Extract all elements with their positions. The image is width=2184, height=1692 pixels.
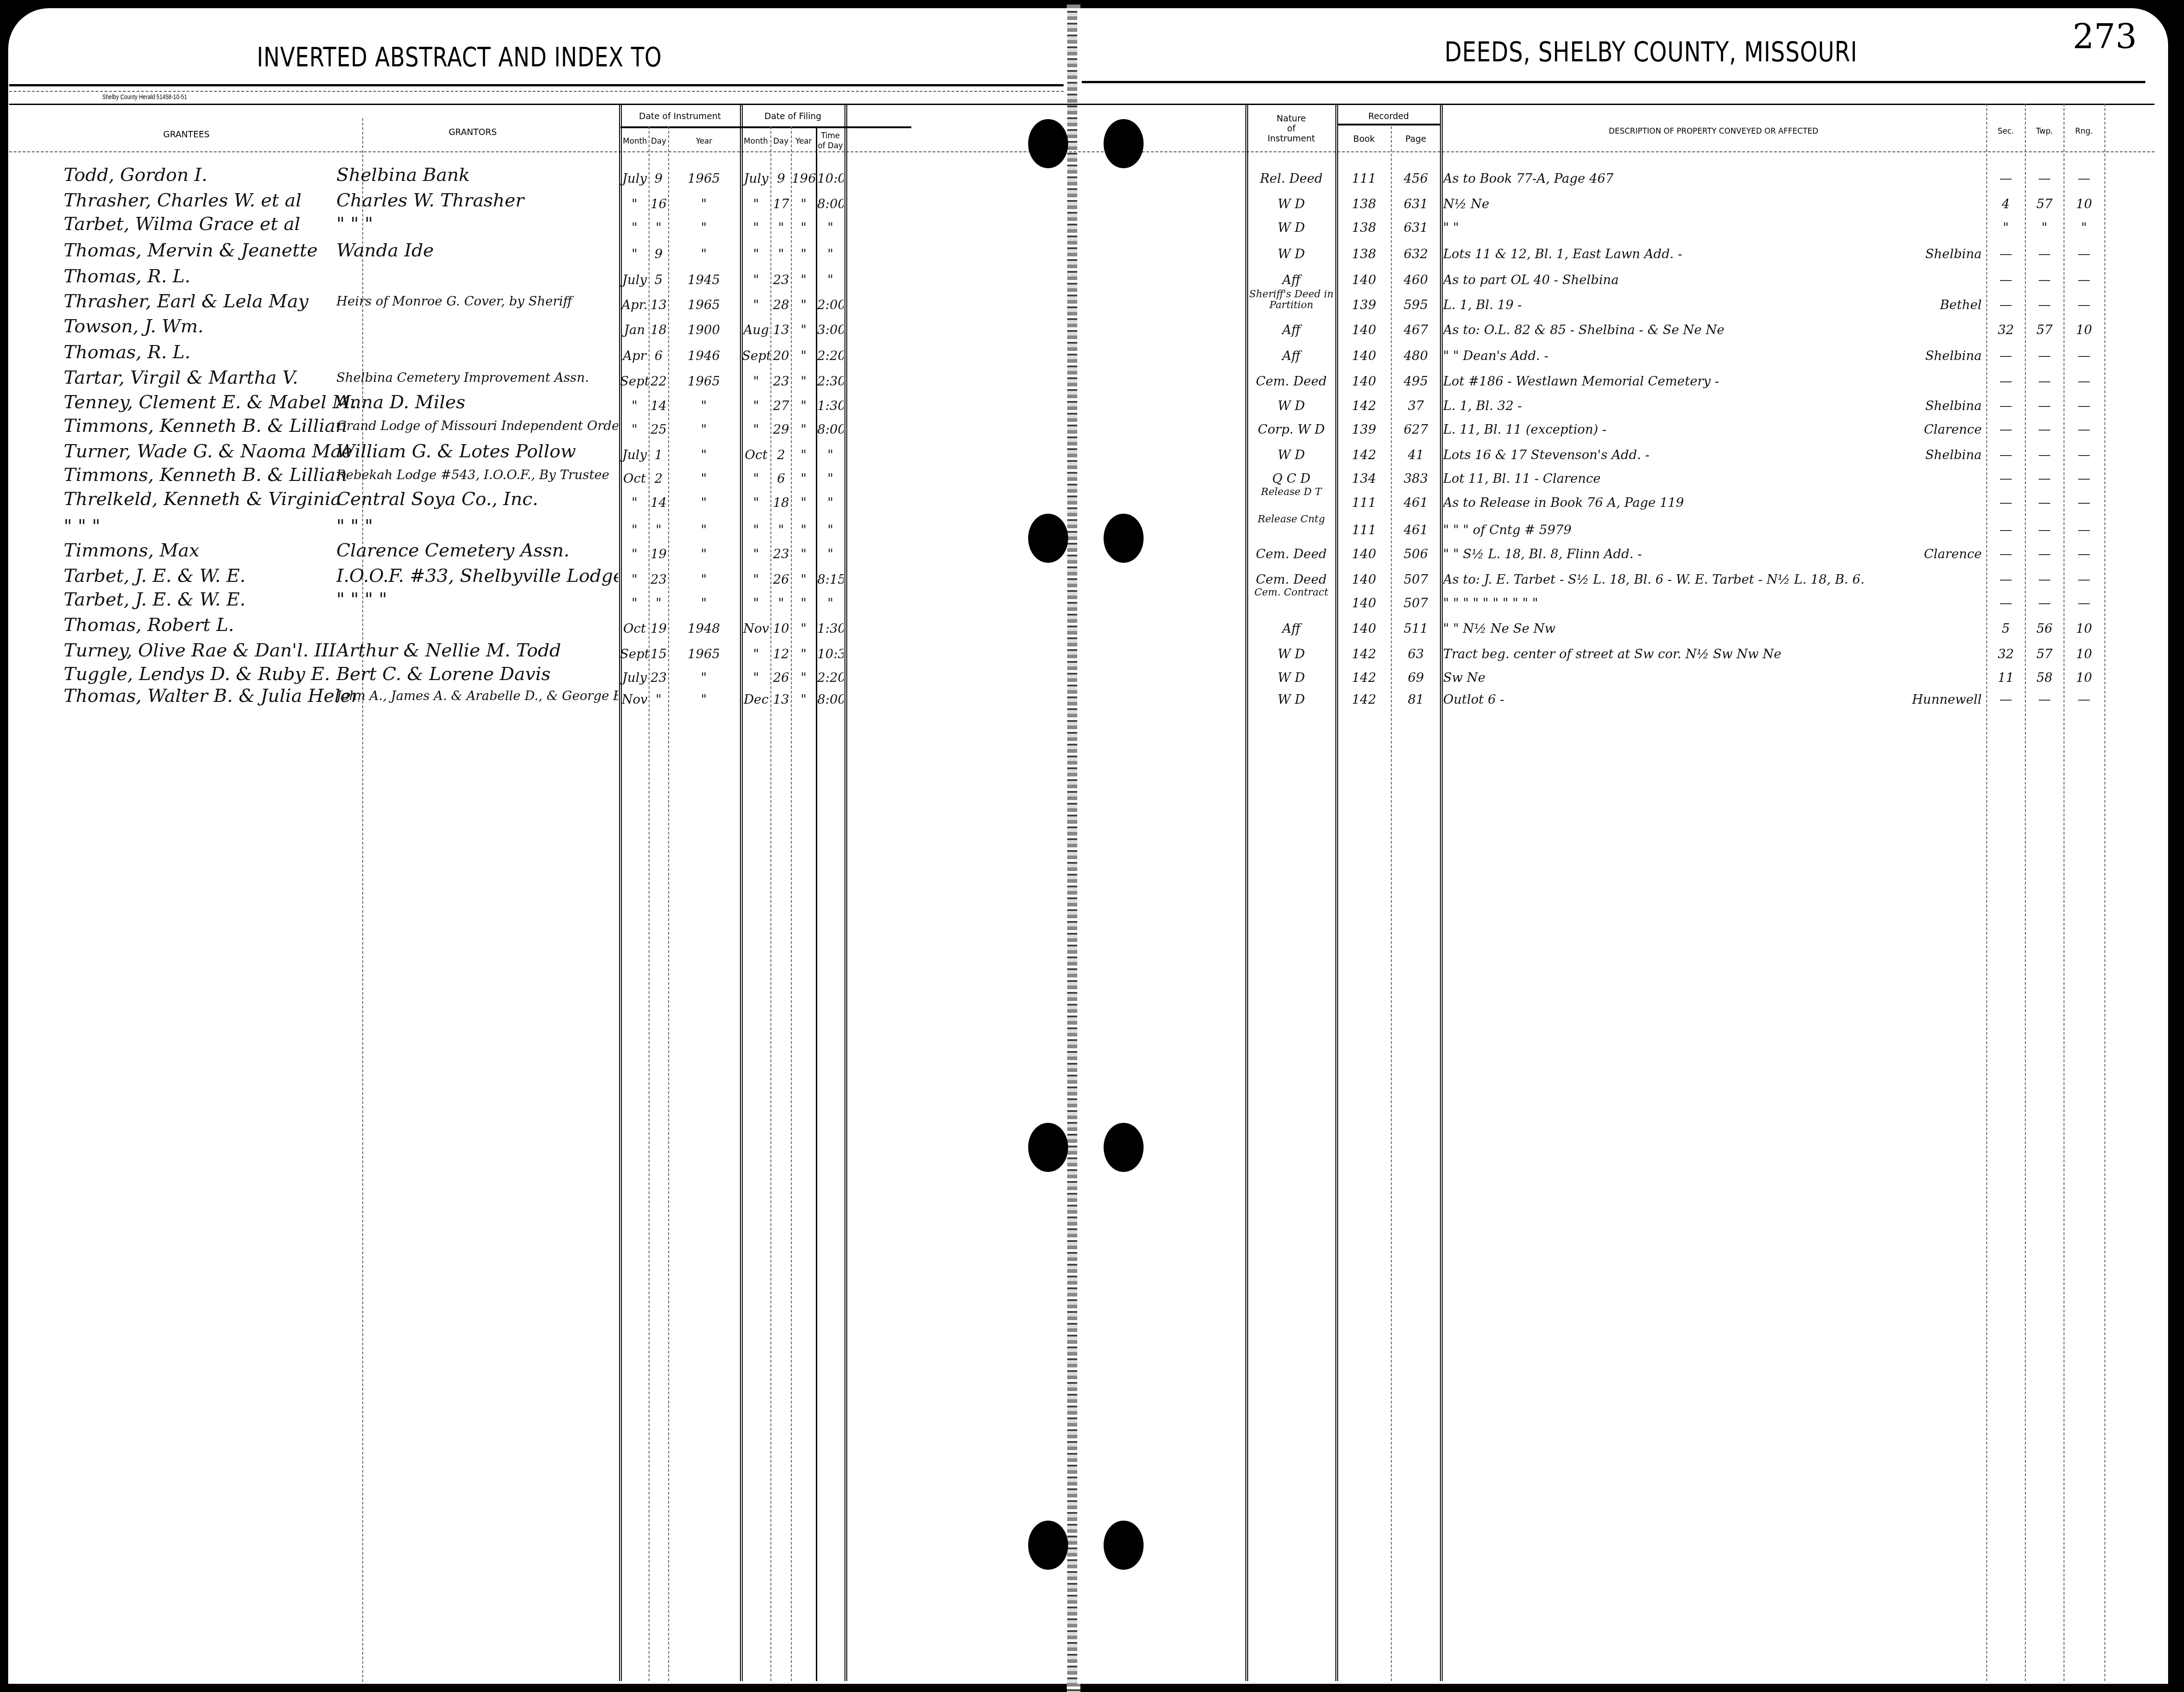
file-month-cell: " xyxy=(742,295,770,315)
file-year-cell: " xyxy=(792,194,815,215)
time-of-day-cell: 2:30 xyxy=(817,371,844,392)
sec-cell: — xyxy=(1987,520,2024,541)
grantor-cell: Shelbina Bank xyxy=(336,165,618,185)
inst-month-cell: July xyxy=(620,667,649,688)
inst-month-cell: July xyxy=(620,270,649,290)
file-year-cell: " xyxy=(792,569,815,590)
sec-cell: — xyxy=(1987,395,2024,416)
header-file-month: Month xyxy=(742,136,770,146)
inst-month-cell: " xyxy=(620,217,649,238)
book-cell: 139 xyxy=(1337,295,1391,315)
inst-year-cell: " xyxy=(668,395,740,416)
grantee-cell: Timmons, Max xyxy=(64,540,359,561)
file-month-cell: Aug xyxy=(742,320,770,340)
file-month-cell: " xyxy=(742,270,770,290)
time-of-day-cell: 2:20 xyxy=(817,667,844,688)
file-year-cell: " xyxy=(792,520,815,541)
inst-year-cell: " xyxy=(668,520,740,541)
book-cell: 140 xyxy=(1337,320,1391,340)
grantor-cell: Bert C. & Lorene Davis xyxy=(336,664,618,685)
book-cell: 142 xyxy=(1337,445,1391,466)
nature-of-instrument-cell: W D xyxy=(1247,395,1335,416)
inst-day-cell: 2 xyxy=(649,468,668,489)
inst-month-cell: Sept xyxy=(620,371,649,392)
page-cell: 37 xyxy=(1392,395,1440,416)
nature-of-instrument-cell: W D xyxy=(1247,644,1335,665)
file-month-cell: July xyxy=(742,168,770,189)
inst-month-cell: July xyxy=(620,445,649,466)
description-cell: Sw Ne xyxy=(1443,667,1898,688)
header-recorded: Recorded xyxy=(1337,111,1440,121)
file-day-cell: 9 xyxy=(771,168,791,189)
file-month-cell: Sept xyxy=(742,345,770,366)
grantee-cell: Thomas, Walter B. & Julia Helen xyxy=(64,686,359,706)
rng-cell: 10 xyxy=(2064,194,2104,215)
inst-month-cell: " xyxy=(620,569,649,590)
inst-day-cell: 23 xyxy=(649,667,668,688)
inst-month-cell: " xyxy=(620,593,649,614)
twp-cell: — xyxy=(2026,569,2063,590)
header-nature-line1: Nature xyxy=(1248,114,1335,124)
grantee-cell: Tarbet, Wilma Grace et al xyxy=(64,214,359,235)
rng-cell: — xyxy=(2064,544,2104,565)
book-cell: 140 xyxy=(1337,544,1391,565)
sec-cell: — xyxy=(1987,689,2024,710)
place-cell: Clarence xyxy=(1800,419,1982,440)
grantee-cell: Towson, J. Wm. xyxy=(64,316,359,337)
file-day-cell: 23 xyxy=(771,270,791,290)
description-cell: As to: J. E. Tarbet - S½ L. 18, Bl. 6 - … xyxy=(1443,569,1898,590)
page-cell: 460 xyxy=(1392,270,1440,290)
grantee-cell: Tenney, Clement E. & Mabel M. xyxy=(64,392,359,413)
file-day-cell: 10 xyxy=(771,618,791,639)
title-left: INVERTED ABSTRACT AND INDEX TO xyxy=(257,42,662,73)
file-year-cell: " xyxy=(792,468,815,489)
book-cell: 142 xyxy=(1337,395,1391,416)
sec-cell: 11 xyxy=(1987,667,2024,688)
sec-cell: 32 xyxy=(1987,644,2024,665)
inst-month-cell: Sept xyxy=(620,644,649,665)
col-line-end xyxy=(2104,104,2105,1681)
twp-cell: — xyxy=(2026,468,2063,489)
description-cell: As to Release in Book 76 A, Page 119 xyxy=(1443,492,1898,513)
grantor-cell: Central Soya Co., Inc. xyxy=(336,489,618,510)
grantor-cell: I.O.O.F. #33, Shelbyville Lodge xyxy=(336,566,618,586)
grantee-cell: Todd, Gordon I. xyxy=(64,165,359,185)
grantee-cell: Thomas, R. L. xyxy=(64,342,359,363)
rng-cell: — xyxy=(2064,371,2104,392)
time-of-day-cell: " xyxy=(817,520,844,541)
inst-day-cell: 23 xyxy=(649,569,668,590)
nature-of-instrument-cell: W D xyxy=(1247,217,1335,238)
description-cell: Tract beg. center of street at Sw cor. N… xyxy=(1443,644,1898,665)
file-month-cell: " xyxy=(742,395,770,416)
grantee-cell: Tarbet, J. E. & W. E. xyxy=(64,566,359,586)
grantee-cell: " " " xyxy=(64,516,359,537)
rng-cell: — xyxy=(2064,419,2104,440)
sec-cell: — xyxy=(1987,295,2024,315)
binder-hole xyxy=(1028,514,1068,563)
inst-month-cell: " xyxy=(620,544,649,565)
twp-cell: — xyxy=(2026,345,2063,366)
rng-cell: — xyxy=(2064,569,2104,590)
file-year-cell: " xyxy=(792,544,815,565)
inst-month-cell: " xyxy=(620,492,649,513)
inst-day-cell: " xyxy=(649,520,668,541)
col-line-grantors xyxy=(362,118,363,1682)
header-grantees: GRANTEES xyxy=(150,130,223,140)
time-of-day-cell: " xyxy=(817,270,844,290)
file-day-cell: " xyxy=(771,217,791,238)
inst-day-cell: " xyxy=(649,593,668,614)
inst-month-cell: Oct xyxy=(620,468,649,489)
time-of-day-cell: 10:00 xyxy=(817,168,844,189)
place-cell: Shelbina xyxy=(1800,345,1982,366)
inst-month-cell: " xyxy=(620,194,649,215)
twp-cell: — xyxy=(2026,445,2063,466)
grantor-cell: " " " xyxy=(336,214,618,235)
description-cell: Lot #186 - Westlawn Memorial Cemetery - xyxy=(1443,371,1898,392)
grantee-cell: Turney, Olive Rae & Dan'l. III xyxy=(64,640,359,661)
file-year-cell: " xyxy=(792,492,815,513)
book-cell: 111 xyxy=(1337,520,1391,541)
rng-cell: — xyxy=(2064,295,2104,315)
twp-cell: — xyxy=(2026,295,2063,315)
nature-of-instrument-cell: Corp. W D xyxy=(1247,419,1335,440)
time-of-day-cell: " xyxy=(817,468,844,489)
twp-cell: — xyxy=(2026,244,2063,265)
file-day-cell: 13 xyxy=(771,320,791,340)
header-nature-line2: of xyxy=(1248,124,1335,134)
inst-year-cell: " xyxy=(668,544,740,565)
inst-month-cell: July xyxy=(620,168,649,189)
page-cell: 632 xyxy=(1392,244,1440,265)
file-month-cell: Nov xyxy=(742,618,770,639)
book-cell: 142 xyxy=(1337,644,1391,665)
inst-year-cell: 1965 xyxy=(668,295,740,315)
inst-day-cell: 6 xyxy=(649,345,668,366)
binder-hole xyxy=(1028,1123,1068,1172)
file-year-cell: " xyxy=(792,395,815,416)
file-month-cell: " xyxy=(742,644,770,665)
inst-year-cell: 1945 xyxy=(668,270,740,290)
header-rule-left-thin xyxy=(9,91,1064,92)
time-of-day-cell: 10:30 xyxy=(817,644,844,665)
inst-year-cell: " xyxy=(668,492,740,513)
nature-of-instrument-cell: Rel. Deed xyxy=(1247,168,1335,189)
sec-cell: 5 xyxy=(1987,618,2024,639)
time-of-day-cell: 8:00 xyxy=(817,689,844,710)
nature-of-instrument-cell: W D xyxy=(1247,667,1335,688)
file-day-cell: 23 xyxy=(771,544,791,565)
nature-of-instrument-cell: Release Cntg xyxy=(1247,514,1335,525)
place-cell: Shelbina xyxy=(1800,244,1982,265)
binder-hole xyxy=(1104,1123,1144,1172)
place-cell: Shelbina xyxy=(1800,395,1982,416)
inst-month-cell: Oct xyxy=(620,618,649,639)
inst-day-cell: 1 xyxy=(649,445,668,466)
file-month-cell: " xyxy=(742,569,770,590)
file-month-cell: Oct xyxy=(742,445,770,466)
grantee-cell: Thomas, R. L. xyxy=(64,266,359,287)
inst-month-cell: Jan xyxy=(620,320,649,340)
time-of-day-cell: 1:30 xyxy=(817,395,844,416)
description-cell: As to: O.L. 82 & 85 - Shelbina - & Se Ne… xyxy=(1443,320,1898,340)
place-cell: Bethel xyxy=(1800,295,1982,315)
header-grantors: GRANTORS xyxy=(436,127,509,137)
page-number: 273 xyxy=(2073,17,2137,56)
file-month-cell: " xyxy=(742,492,770,513)
nature-of-instrument-cell: Aff xyxy=(1247,270,1335,290)
nature-of-instrument-cell: W D xyxy=(1247,244,1335,265)
nature-of-instrument-cell: Aff xyxy=(1247,320,1335,340)
header-time-of-day: Time of Day xyxy=(817,131,844,151)
binder-hole xyxy=(1104,514,1144,563)
file-year-cell: " xyxy=(792,295,815,315)
place-cell: Clarence xyxy=(1800,544,1982,565)
grantee-cell: Tuggle, Lendys D. & Ruby E. xyxy=(64,664,359,685)
file-month-cell: " xyxy=(742,544,770,565)
header-twp: Twp. xyxy=(2026,126,2063,136)
printer-imprint: Shelby County Herald 51458-10-51 xyxy=(102,93,187,100)
column-header-bottom-rule xyxy=(9,151,2154,152)
inst-year-cell: 1965 xyxy=(668,371,740,392)
twp-cell: — xyxy=(2026,270,2063,290)
time-of-day-cell: " xyxy=(817,492,844,513)
book-cell: 139 xyxy=(1337,419,1391,440)
page-cell: 507 xyxy=(1392,593,1440,614)
time-of-day-cell: " xyxy=(817,244,844,265)
nature-of-instrument-cell: W D xyxy=(1247,445,1335,466)
grantor-cell: Clarence Cemetery Assn. xyxy=(336,540,618,561)
grantor-cell: William G. & Lotes Pollow xyxy=(336,441,618,462)
inst-year-cell: " xyxy=(668,419,740,440)
rng-cell: — xyxy=(2064,270,2104,290)
file-day-cell: 20 xyxy=(771,345,791,366)
nature-of-instrument-cell: Aff xyxy=(1247,345,1335,366)
sec-cell: — xyxy=(1987,445,2024,466)
nature-of-instrument-cell: Cem. Deed xyxy=(1247,544,1335,565)
header-file-day: Day xyxy=(771,136,790,146)
file-year-cell: " xyxy=(792,644,815,665)
inst-year-cell: 1946 xyxy=(668,345,740,366)
rng-cell: — xyxy=(2064,395,2104,416)
inst-day-cell: 5 xyxy=(649,270,668,290)
rng-cell: 10 xyxy=(2064,320,2104,340)
description-cell: As to part OL 40 - Shelbina xyxy=(1443,270,1898,290)
inst-month-cell: " xyxy=(620,520,649,541)
rng-cell: — xyxy=(2064,168,2104,189)
nature-of-instrument-cell: W D xyxy=(1247,689,1335,710)
inst-year-cell: " xyxy=(668,217,740,238)
sec-cell: " xyxy=(1987,217,2024,238)
file-month-cell: Dec xyxy=(742,689,770,710)
binder-hole xyxy=(1104,1521,1144,1570)
nature-of-instrument-cell: Sheriff's Deed in Partition xyxy=(1247,289,1335,311)
file-month-cell: " xyxy=(742,520,770,541)
file-day-cell: 18 xyxy=(771,492,791,513)
inst-day-cell: 22 xyxy=(649,371,668,392)
inst-month-cell: " xyxy=(620,395,649,416)
sec-cell: 32 xyxy=(1987,320,2024,340)
file-year-cell: " xyxy=(792,270,815,290)
header-rng: Rng. xyxy=(2064,126,2104,136)
grantor-cell: " " " xyxy=(336,516,618,537)
header-inst-day: Day xyxy=(649,136,668,146)
inst-day-cell: 16 xyxy=(649,194,668,215)
header-description: DESCRIPTION OF PROPERTY CONVEYED OR AFFE… xyxy=(1509,126,1918,136)
rng-cell: — xyxy=(2064,244,2104,265)
page-cell: 631 xyxy=(1392,194,1440,215)
inst-day-cell: 19 xyxy=(649,544,668,565)
time-of-day-cell: " xyxy=(817,544,844,565)
sec-cell: — xyxy=(1987,244,2024,265)
header-rule-left xyxy=(9,84,1064,86)
grantee-cell: Timmons, Kenneth B. & Lillian xyxy=(64,465,359,486)
time-of-day-cell: 1:30 xyxy=(817,618,844,639)
page-cell: 467 xyxy=(1392,320,1440,340)
page-cell: 63 xyxy=(1392,644,1440,665)
book-cell: 134 xyxy=(1337,468,1391,489)
grantor-cell: Anna D. Miles xyxy=(336,392,618,413)
rng-cell: 10 xyxy=(2064,667,2104,688)
inst-day-cell: " xyxy=(649,689,668,710)
time-of-day-cell: 2:20 xyxy=(817,345,844,366)
file-month-cell: " xyxy=(742,593,770,614)
grantee-cell: Turner, Wade G. & Naoma Mae xyxy=(64,441,359,462)
time-of-day-cell: 8:00 xyxy=(817,194,844,215)
file-day-cell: 29 xyxy=(771,419,791,440)
page-cell: 495 xyxy=(1392,371,1440,392)
sec-cell: — xyxy=(1987,569,2024,590)
inst-month-cell: Apr xyxy=(620,345,649,366)
col-line-filing-right xyxy=(845,104,847,1681)
twp-cell: 56 xyxy=(2026,618,2063,639)
page-cell: 480 xyxy=(1392,345,1440,366)
place-cell: Hunnewell xyxy=(1800,689,1982,710)
grantor-cell: Grand Lodge of Missouri Independent Orde… xyxy=(336,415,618,436)
page-cell: 383 xyxy=(1392,468,1440,489)
twp-cell: 58 xyxy=(2026,667,2063,688)
rng-cell: — xyxy=(2064,520,2104,541)
header-book: Book xyxy=(1337,134,1391,144)
page-cell: 461 xyxy=(1392,492,1440,513)
grantee-cell: Timmons, Kenneth B. & Lillian xyxy=(64,415,359,436)
grantee-cell: Thomas, Mervin & Jeanette xyxy=(64,240,359,261)
page-cell: 81 xyxy=(1392,689,1440,710)
file-year-cell: " xyxy=(792,217,815,238)
inst-day-cell: 15 xyxy=(649,644,668,665)
header-time-line2: of Day xyxy=(817,141,844,151)
inst-month-cell: Apr. xyxy=(620,295,649,315)
file-day-cell: 12 xyxy=(771,644,791,665)
inst-day-cell: 14 xyxy=(649,492,668,513)
book-cell: 140 xyxy=(1337,371,1391,392)
header-page: Page xyxy=(1392,134,1440,144)
file-year-cell: " xyxy=(792,667,815,688)
twp-cell: 57 xyxy=(2026,320,2063,340)
twp-cell: 57 xyxy=(2026,644,2063,665)
file-day-cell: 28 xyxy=(771,295,791,315)
sec-cell: — xyxy=(1987,593,2024,614)
rng-cell: — xyxy=(2064,593,2104,614)
inst-day-cell: 18 xyxy=(649,320,668,340)
inst-year-cell: 1900 xyxy=(668,320,740,340)
header-rule-right xyxy=(1082,81,2145,83)
sec-cell: — xyxy=(1987,492,2024,513)
twp-cell: — xyxy=(2026,371,2063,392)
rng-cell: 10 xyxy=(2064,618,2104,639)
inst-year-cell: 1965 xyxy=(668,644,740,665)
page-cell: 456 xyxy=(1392,168,1440,189)
page-cell: 41 xyxy=(1392,445,1440,466)
file-year-cell: " xyxy=(792,618,815,639)
inst-day-cell: 9 xyxy=(649,168,668,189)
binder-hole xyxy=(1104,119,1144,168)
grantor-cell: Wanda Ide xyxy=(336,240,618,261)
inst-year-cell: " xyxy=(668,569,740,590)
description-cell: " " N½ Ne Se Nw xyxy=(1443,618,1898,639)
twp-cell: — xyxy=(2026,544,2063,565)
grantee-cell: Thrasher, Earl & Lela May xyxy=(64,291,359,312)
rng-cell: — xyxy=(2064,445,2104,466)
time-of-day-cell: 3:00 xyxy=(817,320,844,340)
inst-year-cell: " xyxy=(668,194,740,215)
nature-of-instrument-cell: Release D T xyxy=(1247,487,1335,498)
file-day-cell: 6 xyxy=(771,468,791,489)
time-of-day-cell: 8:00 xyxy=(817,419,844,440)
book-cell: 111 xyxy=(1337,492,1391,513)
inst-year-cell: " xyxy=(668,593,740,614)
grantee-cell: Tartar, Virgil & Martha V. xyxy=(64,367,359,388)
file-day-cell: 26 xyxy=(771,667,791,688)
inst-month-cell: " xyxy=(620,244,649,265)
twp-cell: — xyxy=(2026,395,2063,416)
page-cell: 627 xyxy=(1392,419,1440,440)
rng-cell: — xyxy=(2064,345,2104,366)
inst-day-cell: 14 xyxy=(649,395,668,416)
grantor-cell: Heirs of Monroe G. Cover, by Sheriff xyxy=(336,291,618,312)
file-day-cell: 13 xyxy=(771,689,791,710)
file-day-cell: 26 xyxy=(771,569,791,590)
nature-of-instrument-cell: Q C D xyxy=(1247,468,1335,489)
nature-of-instrument-cell: Cem. Contract xyxy=(1247,587,1335,598)
header-file-year: Year xyxy=(792,136,815,146)
file-day-cell: " xyxy=(771,520,791,541)
file-day-cell: 23 xyxy=(771,371,791,392)
time-of-day-cell: 8:15 xyxy=(817,569,844,590)
column-header-top-rule xyxy=(9,104,2154,105)
file-year-cell: " xyxy=(792,419,815,440)
rng-cell: — xyxy=(2064,492,2104,513)
file-year-cell: " xyxy=(792,320,815,340)
header-nature-line3: Instrument xyxy=(1248,134,1335,144)
file-day-cell: 17 xyxy=(771,194,791,215)
inst-year-cell: " xyxy=(668,667,740,688)
nature-of-instrument-cell: W D xyxy=(1247,194,1335,215)
rng-cell: 10 xyxy=(2064,644,2104,665)
grantor-cell: Charles W. Thrasher xyxy=(336,190,618,211)
file-month-cell: " xyxy=(742,217,770,238)
grantee-cell: Thrasher, Charles W. et al xyxy=(64,190,359,211)
grantor-cell: " " " " xyxy=(336,589,618,610)
book-cell: 140 xyxy=(1337,618,1391,639)
inst-day-cell: 25 xyxy=(649,419,668,440)
grantor-cell: John A., James A. & Arabelle D., & Georg… xyxy=(336,686,618,706)
inst-year-cell: 1965 xyxy=(668,168,740,189)
header-inst-year: Year xyxy=(669,136,739,146)
grantee-cell: Tarbet, J. E. & W. E. xyxy=(64,589,359,610)
